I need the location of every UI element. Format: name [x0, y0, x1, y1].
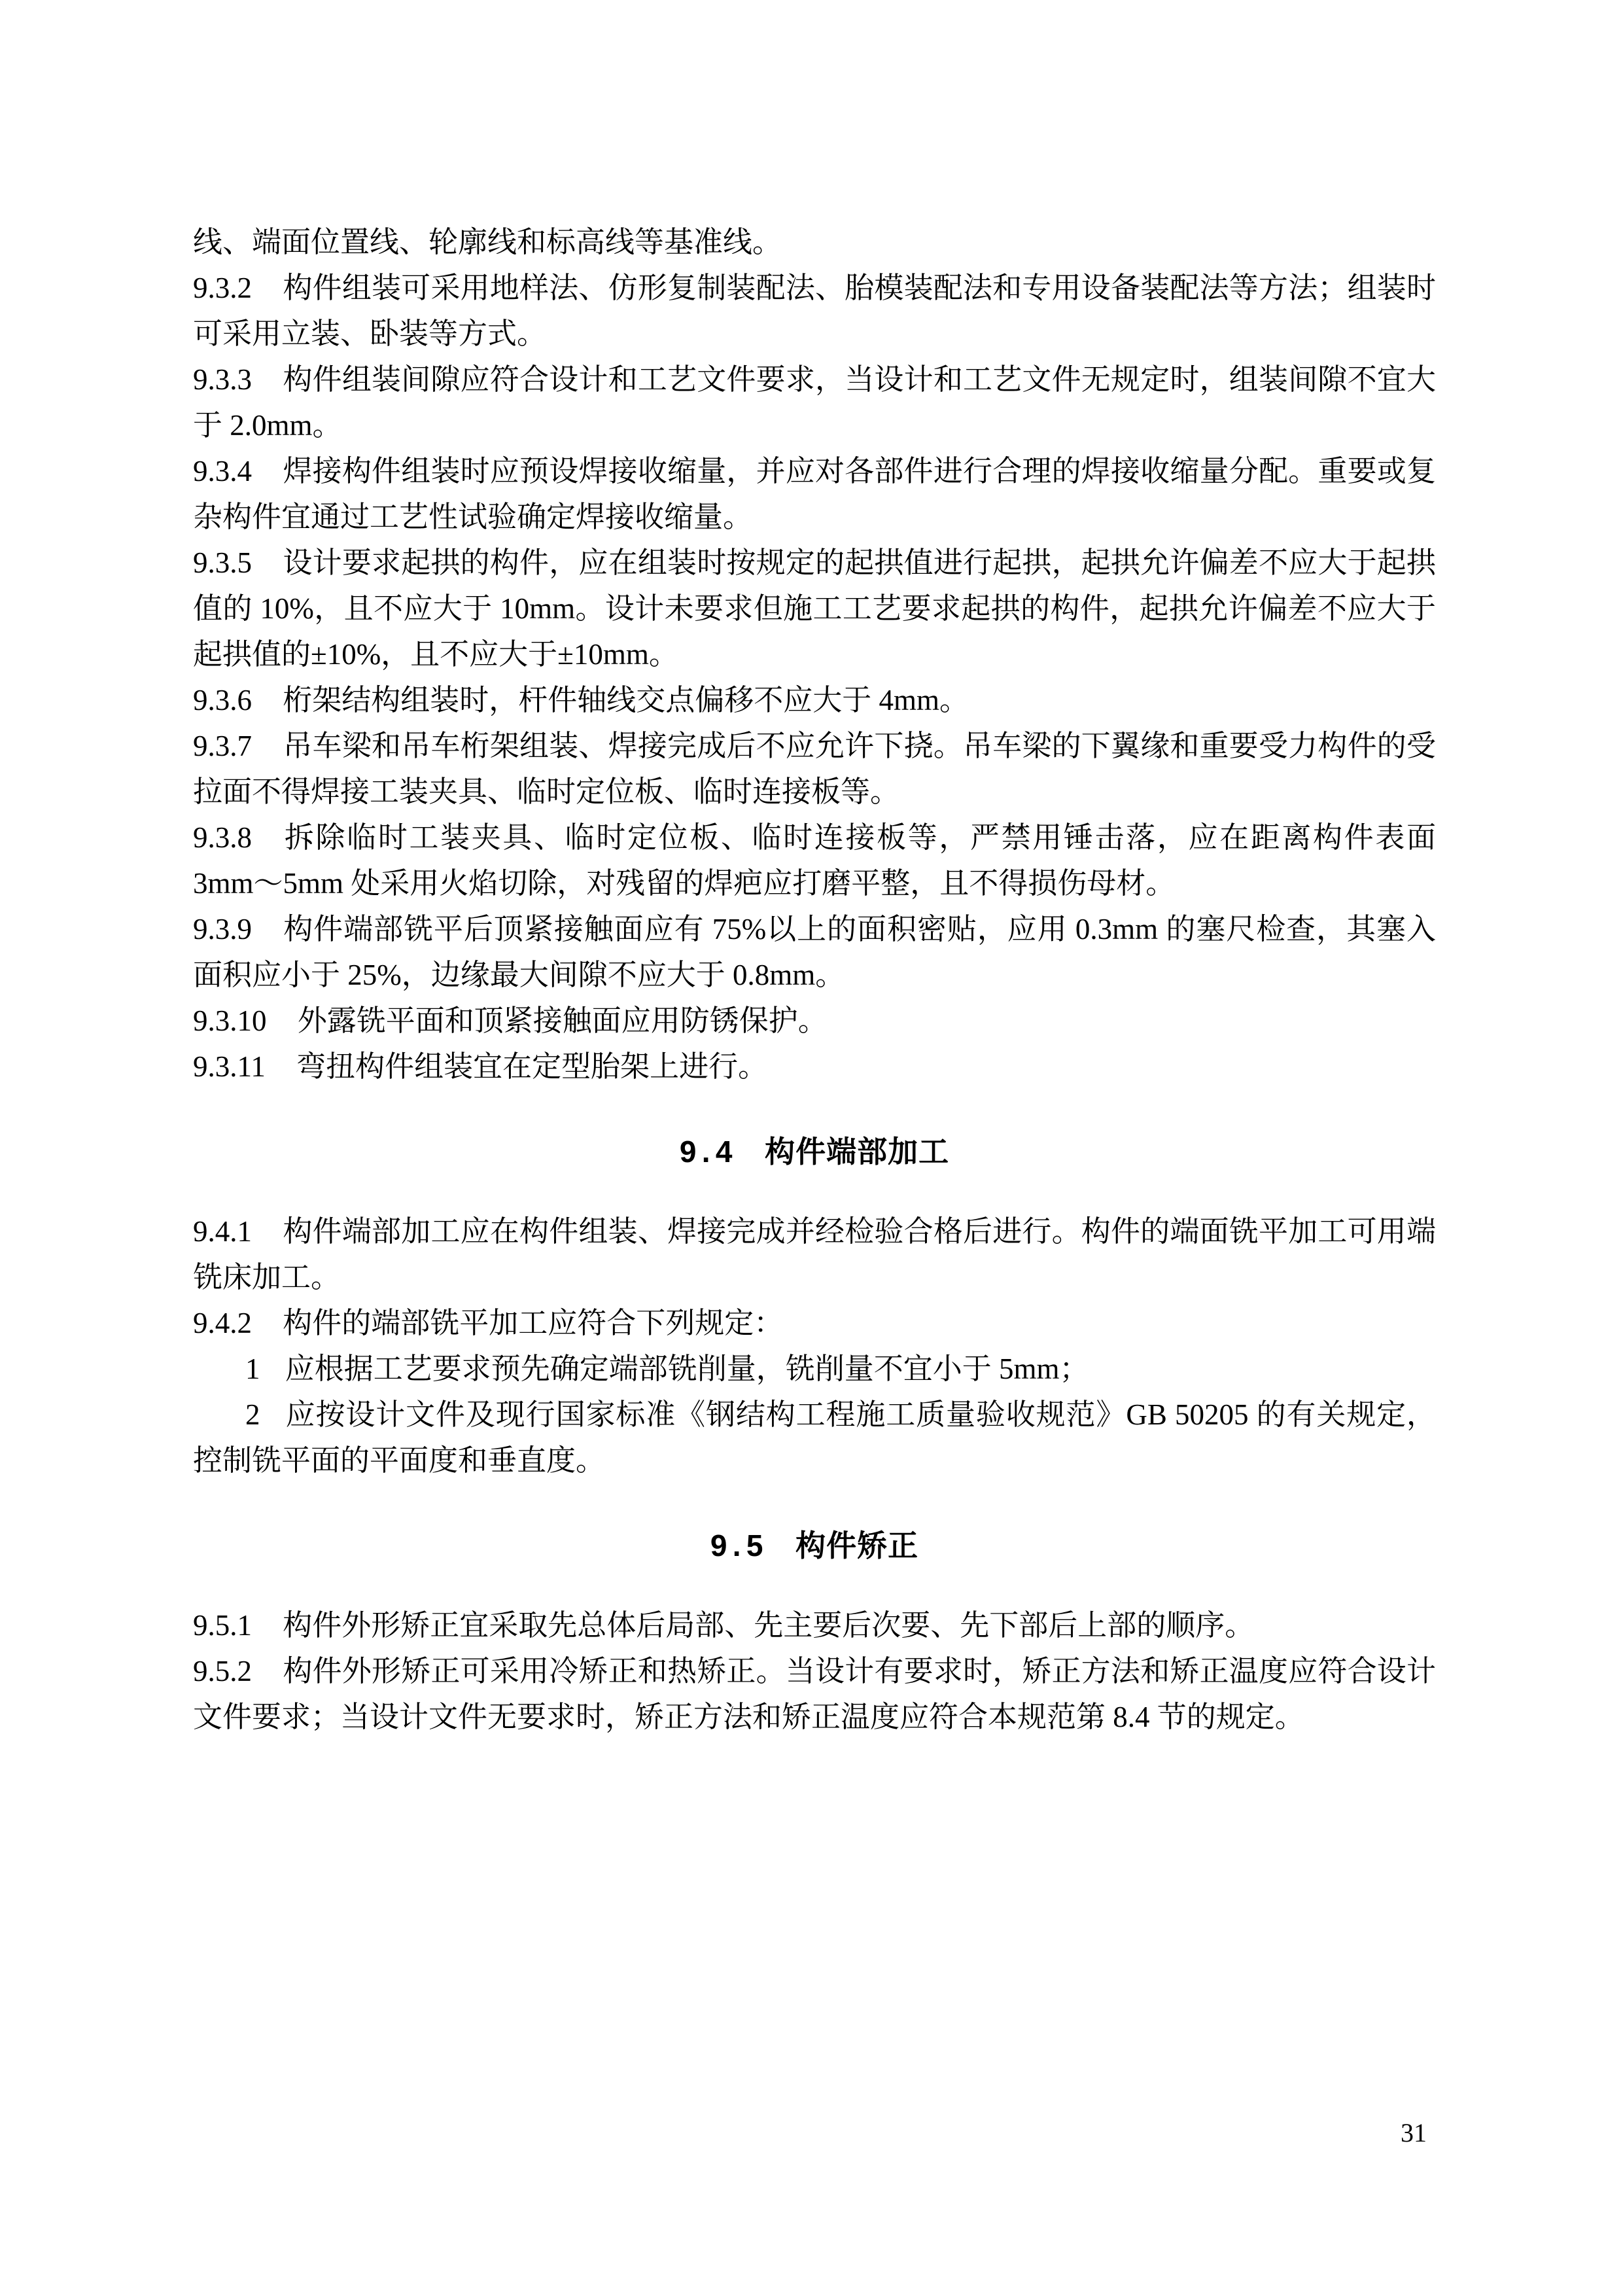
clause-text: 构件端部加工应在构件组装、焊接完成并经检验合格后进行。构件的端面铣平加工可用端铣…	[193, 1215, 1436, 1294]
clause-number: 9.4.1	[193, 1215, 252, 1248]
document-page: { "document": { "page_number": "31", "bl…	[0, 0, 1623, 2296]
clause-number: 9.3.10	[193, 1004, 267, 1037]
clause-text: 构件外形矫正宜采取先总体后局部、先主要后次要、先下部后上部的顺序。	[283, 1609, 1254, 1642]
clause-number: 9.3.4	[193, 455, 252, 487]
clause-text: 弯扭构件组装宜在定型胎架上进行。	[296, 1050, 767, 1083]
clause-text: 构件的端部铣平加工应符合下列规定：	[283, 1307, 783, 1339]
clause-number: 9.4.2	[193, 1307, 252, 1339]
clause-text: 设计要求起拱的构件，应在组装时按规定的起拱值进行起拱，起拱允许偏差不应大于起拱值…	[193, 546, 1436, 671]
clause-text: 构件组装可采用地样法、仿形复制装配法、胎模装配法和专用设备装配法等方法；组装时可…	[193, 272, 1436, 350]
clause-number: 9.3.11	[193, 1050, 266, 1083]
clause-9-4-1: 9.4.1构件端部加工应在构件组装、焊接完成并经检验合格后进行。构件的端面铣平加…	[193, 1209, 1436, 1300]
subitem-1: 1应根据工艺要求预先确定端部铣削量，铣削量不宜小于 5mm；	[193, 1346, 1436, 1392]
clause-text: 构件端部铣平后顶紧接触面应有 75%以上的面积密贴，应用 0.3mm 的塞尺检查…	[193, 913, 1436, 991]
clause-number: 9.3.5	[193, 546, 252, 579]
section-title: 构件矫正	[795, 1528, 918, 1563]
clause-9-3-8: 9.3.8拆除临时工装夹具、临时定位板、临时连接板等，严禁用锤击落，应在距离构件…	[193, 815, 1436, 906]
paragraph-continuation: 线、端面位置线、轮廓线和标高线等基准线。	[193, 219, 1436, 265]
clause-9-3-10: 9.3.10外露铣平面和顶紧接触面应用防锈保护。	[193, 998, 1436, 1044]
clause-9-3-9: 9.3.9构件端部铣平后顶紧接触面应有 75%以上的面积密贴，应用 0.3mm …	[193, 906, 1436, 998]
clause-number: 9.3.6	[193, 684, 252, 716]
clause-number: 9.3.2	[193, 272, 252, 304]
section-heading-9-5: 9.5构件矫正	[193, 1523, 1436, 1568]
clause-number: 9.3.9	[193, 913, 252, 945]
clause-number: 9.3.8	[193, 821, 252, 854]
clause-text: 拆除临时工装夹具、临时定位板、临时连接板等，严禁用锤击落，应在距离构件表面 3m…	[193, 821, 1436, 900]
clause-9-3-6: 9.3.6桁架结构组装时，杆件轴线交点偏移不应大于 4mm。	[193, 677, 1436, 723]
clause-number: 9.3.7	[193, 730, 252, 762]
clause-text: 构件组装间隙应符合设计和工艺文件要求，当设计和工艺文件无规定时，组装间隙不宜大于…	[193, 363, 1436, 442]
section-number: 9.4	[680, 1135, 738, 1169]
clause-number: 9.5.2	[193, 1655, 252, 1687]
clause-number: 9.5.1	[193, 1609, 252, 1642]
clause-9-3-11: 9.3.11弯扭构件组装宜在定型胎架上进行。	[193, 1044, 1436, 1089]
page-content: 线、端面位置线、轮廓线和标高线等基准线。 9.3.2构件组装可采用地样法、仿形复…	[193, 219, 1436, 1740]
page-number: 31	[1401, 2117, 1427, 2149]
subitem-text: 应根据工艺要求预先确定端部铣削量，铣削量不宜小于 5mm；	[285, 1352, 1089, 1385]
clause-text: 焊接构件组装时应预设焊接收缩量，并应对各部件进行合理的焊接收缩量分配。重要或复杂…	[193, 455, 1436, 533]
clause-text: 构件外形矫正可采用冷矫正和热矫正。当设计有要求时，矫正方法和矫正温度应符合设计文…	[193, 1655, 1436, 1733]
section-number: 9.5	[710, 1528, 769, 1563]
clause-text: 外露铣平面和顶紧接触面应用防锈保护。	[298, 1004, 828, 1037]
clause-9-3-4: 9.3.4焊接构件组装时应预设焊接收缩量，并应对各部件进行合理的焊接收缩量分配。…	[193, 448, 1436, 540]
clause-9-3-7: 9.3.7吊车梁和吊车桁架组装、焊接完成后不应允许下挠。吊车梁的下翼缘和重要受力…	[193, 723, 1436, 815]
clause-text: 桁架结构组装时，杆件轴线交点偏移不应大于 4mm。	[283, 684, 969, 716]
clause-9-5-2: 9.5.2构件外形矫正可采用冷矫正和热矫正。当设计有要求时，矫正方法和矫正温度应…	[193, 1648, 1436, 1740]
clause-9-3-2: 9.3.2构件组装可采用地样法、仿形复制装配法、胎模装配法和专用设备装配法等方法…	[193, 265, 1436, 357]
subitem-text: 应按设计文件及现行国家标准《钢结构工程施工质量验收规范》GB 50205 的有关…	[193, 1398, 1436, 1477]
clause-9-4-2: 9.4.2构件的端部铣平加工应符合下列规定：	[193, 1300, 1436, 1346]
clause-9-5-1: 9.5.1构件外形矫正宜采取先总体后局部、先主要后次要、先下部后上部的顺序。	[193, 1602, 1436, 1648]
clause-text: 线、端面位置线、轮廓线和标高线等基准线。	[193, 226, 782, 258]
clause-text: 吊车梁和吊车桁架组装、焊接完成后不应允许下挠。吊车梁的下翼缘和重要受力构件的受拉…	[193, 730, 1436, 808]
clause-9-3-5: 9.3.5设计要求起拱的构件，应在组装时按规定的起拱值进行起拱，起拱允许偏差不应…	[193, 540, 1436, 677]
section-heading-9-4: 9.4构件端部加工	[193, 1129, 1436, 1174]
subitem-2: 2应按设计文件及现行国家标准《钢结构工程施工质量验收规范》GB 50205 的有…	[193, 1392, 1436, 1483]
subitem-number: 1	[245, 1352, 260, 1385]
clause-9-3-3: 9.3.3构件组装间隙应符合设计和工艺文件要求，当设计和工艺文件无规定时，组装间…	[193, 357, 1436, 448]
clause-number: 9.3.3	[193, 363, 252, 396]
subitem-number: 2	[245, 1398, 260, 1431]
section-title: 构件端部加工	[765, 1135, 949, 1169]
